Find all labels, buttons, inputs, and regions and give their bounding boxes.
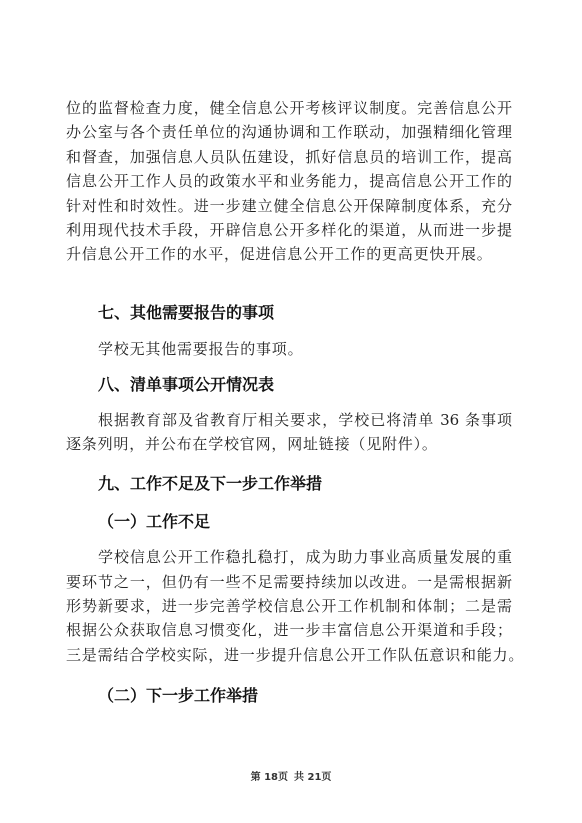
section-heading: 九、工作不足及下一步工作举措 — [98, 472, 322, 496]
total-pages-suffix: 页 — [321, 772, 331, 783]
current-page-number: 18 — [264, 772, 278, 783]
paragraph-line: 位的监督检查力度，健全信息公开考核评议制度。完善信息公开 — [66, 96, 512, 120]
current-page-prefix: 第 — [251, 772, 261, 783]
paragraph-line: 学校无其他需要报告的事项。 — [98, 337, 303, 361]
paragraph-line: 要环节之一，但仍有一些不足需要持续加以改进。一是需根据新 — [66, 570, 512, 594]
total-pages-prefix: 共 — [294, 772, 304, 783]
paragraph-line: 逐条列明，并公布在学校官网，网址链接（见附件）。 — [66, 432, 438, 456]
paragraph-line: 三是需结合学校实际，进一步提升信息公开工作队伍意识和能力。 — [66, 643, 524, 667]
total-pages-number: 21 — [307, 772, 321, 783]
paragraph-line: 针对性和时效性。进一步建立健全信息公开保障制度体系，充分 — [66, 194, 512, 218]
paragraph-line: 信息公开工作人员的政策水平和业务能力，提高信息公开工作的 — [66, 169, 512, 193]
paragraph-line: 根据公众获取信息习惯变化，进一步丰富信息公开渠道和手段； — [66, 618, 512, 642]
paragraph-line: 根据教育部及省教育厅相关要求，学校已将清单 36 条事项 — [98, 408, 512, 432]
section-heading: 八、清单事项公开情况表 — [98, 373, 274, 397]
section-heading: 七、其他需要报告的事项 — [98, 301, 274, 325]
subsection-heading: （二）下一步工作举措 — [98, 684, 258, 708]
paragraph-line: 和督查，加强信息人员队伍建设，抓好信息员的培训工作，提高 — [66, 145, 512, 169]
paragraph-line: 升信息公开工作的水平，促进信息公开工作的更高更快开展。 — [66, 242, 493, 266]
subsection-heading: （一）工作不足 — [98, 510, 210, 534]
page-number-footer: 第 18页共 21页 — [0, 770, 582, 786]
document-page: 位的监督检查力度，健全信息公开考核评议制度。完善信息公开 办公室与各个责任单位的… — [0, 0, 582, 823]
paragraph-line: 学校信息公开工作稳扎稳打，成为助力事业高质量发展的重 — [98, 545, 512, 569]
current-page-suffix: 页 — [278, 772, 288, 783]
paragraph-line: 利用现代技术手段，开辟信息公开多样化的渠道，从而进一步提 — [66, 218, 512, 242]
paragraph-line: 形势新要求，进一步完善学校信息公开工作机制和体制；二是需 — [66, 594, 512, 618]
paragraph-line: 办公室与各个责任单位的沟通协调和工作联动，加强精细化管理 — [66, 120, 512, 144]
